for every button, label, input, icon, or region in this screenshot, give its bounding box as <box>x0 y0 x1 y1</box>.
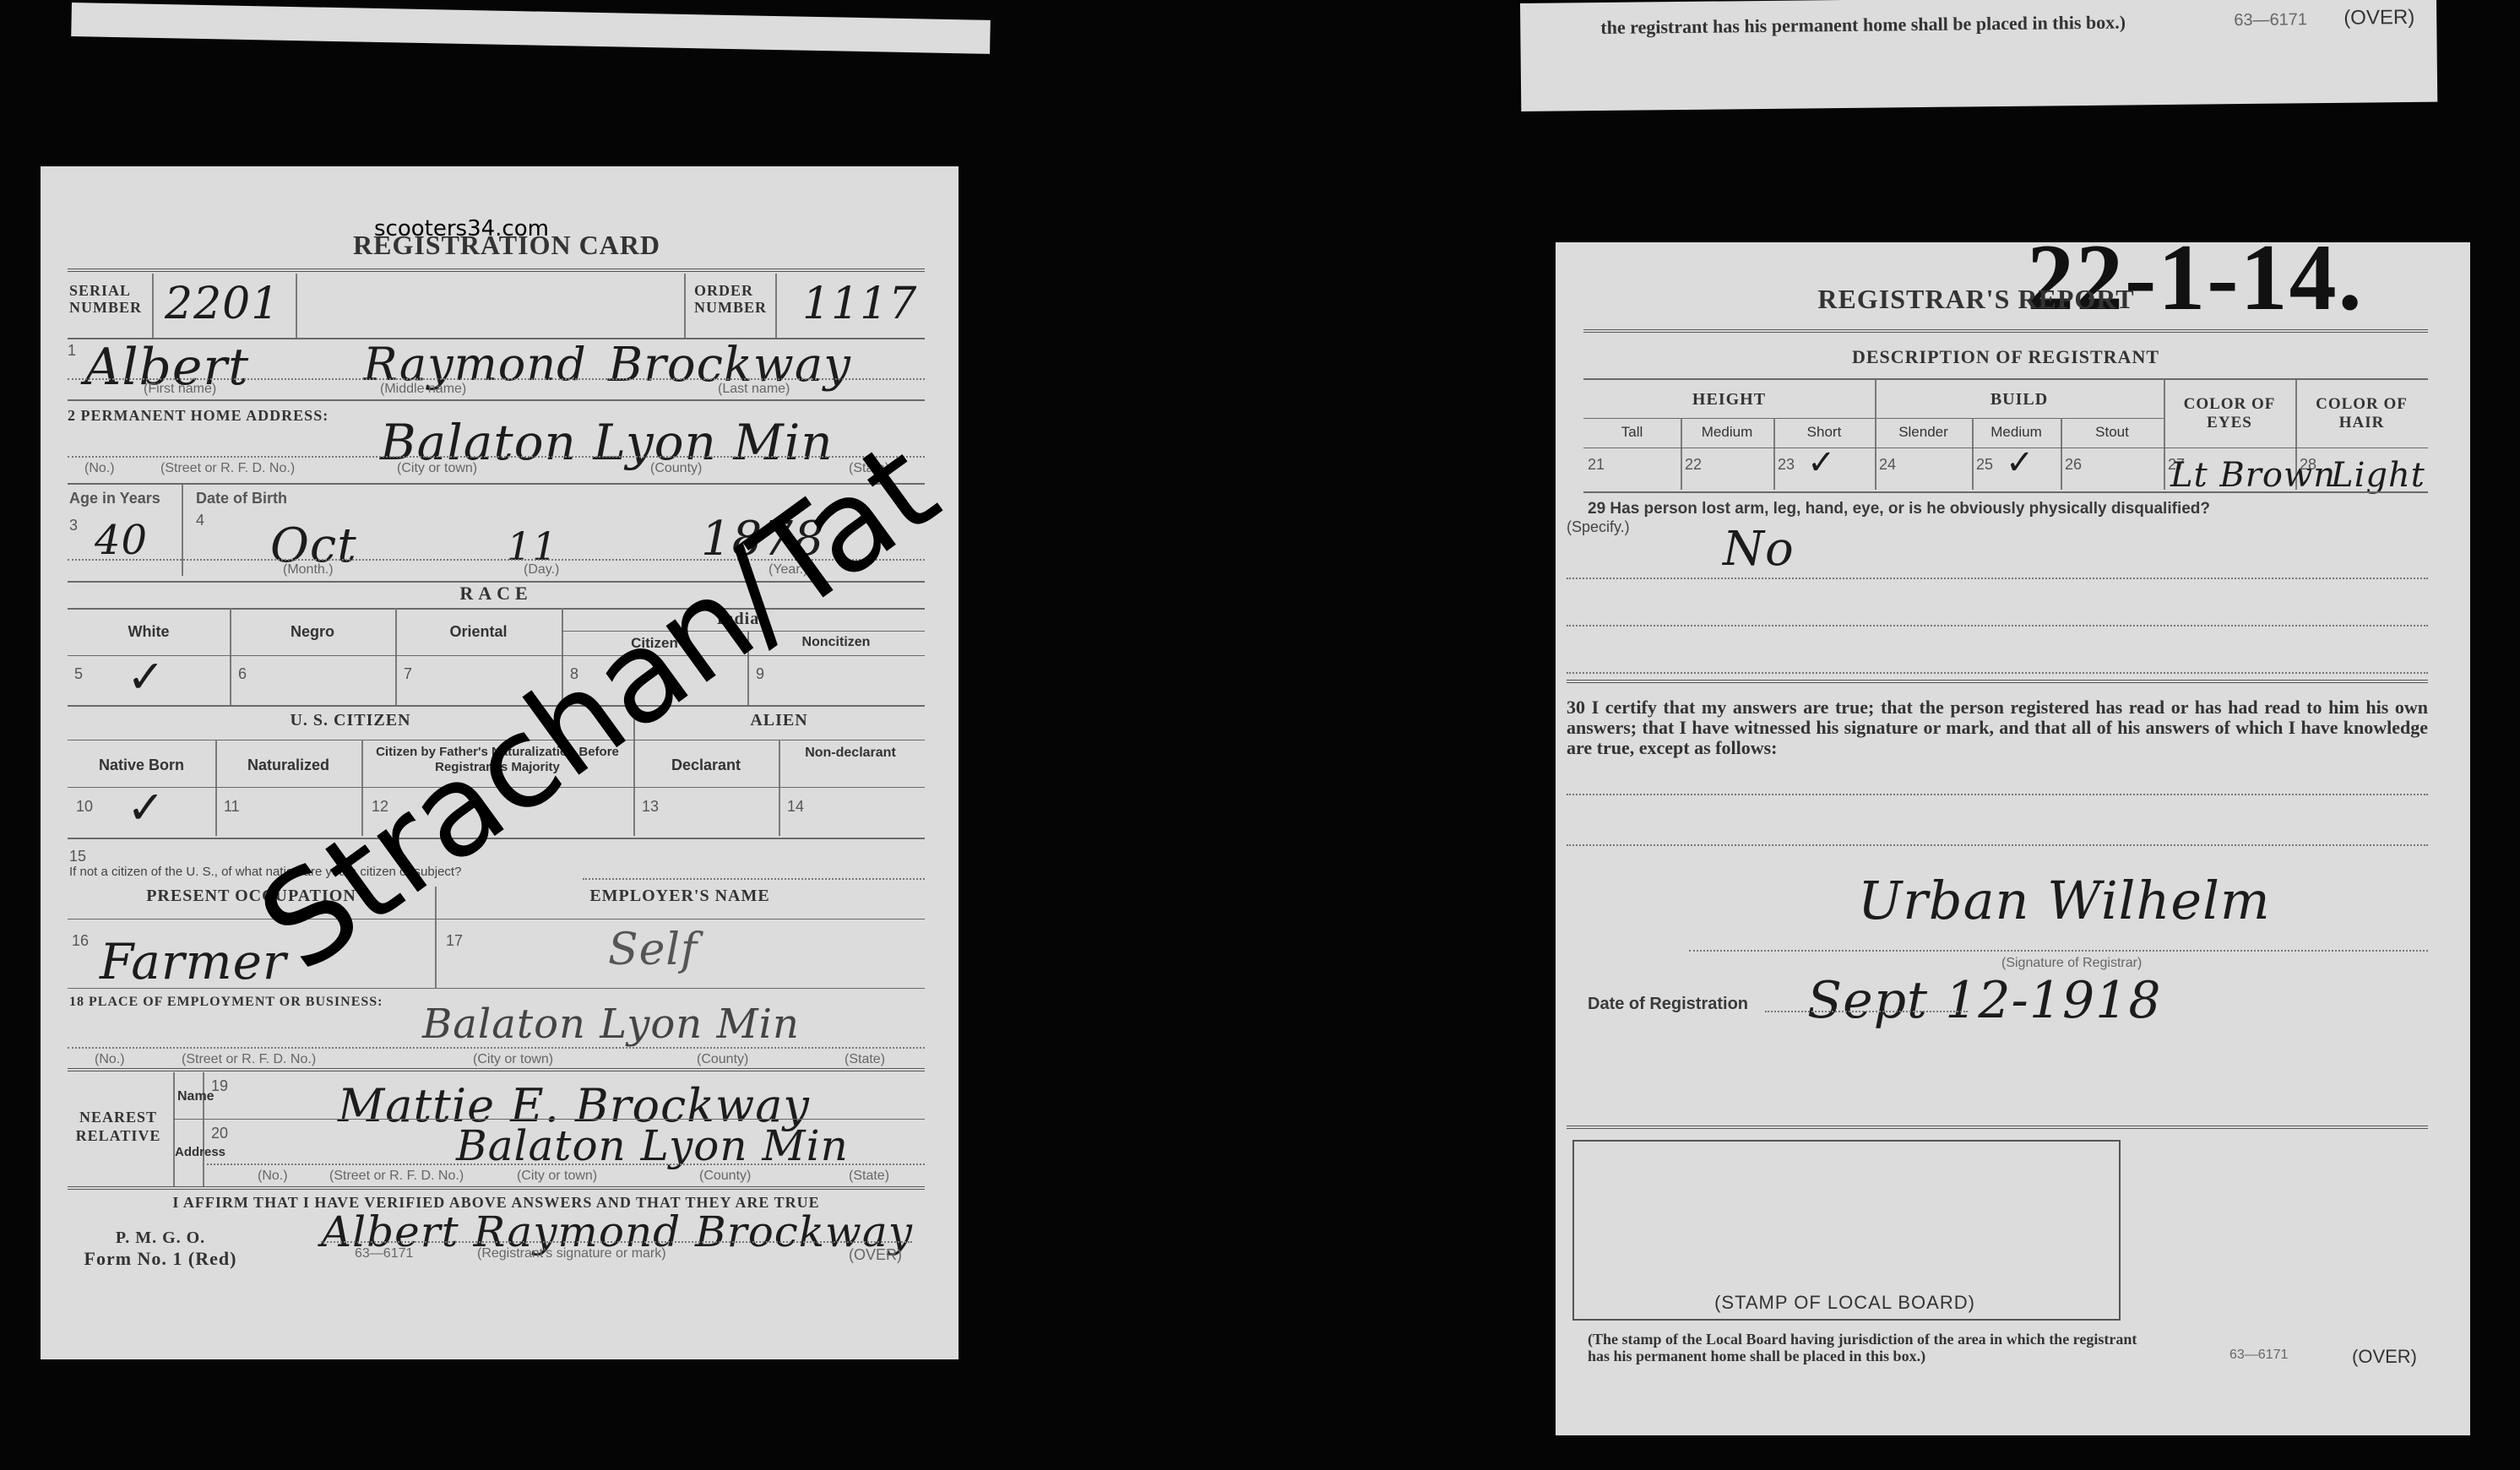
divider <box>173 1119 925 1120</box>
over-label: (OVER) <box>849 1246 902 1264</box>
certification-text: 30 I certify that my answers are true; t… <box>1567 697 2428 758</box>
dotted-line <box>68 456 925 458</box>
disqualification-answer: No <box>1723 522 1795 577</box>
field-number-21: 21 <box>1588 456 1605 474</box>
divider <box>68 269 925 272</box>
eye-color-title: COLOR OF EYES <box>2164 395 2295 432</box>
dotted-line <box>203 1164 925 1165</box>
divider <box>1875 418 2164 419</box>
declarant-label: Declarant <box>633 757 779 774</box>
exception-line-1 <box>1567 794 2428 795</box>
divider <box>68 988 925 989</box>
build-slender-label: Slender <box>1875 424 1972 441</box>
disqualification-question: 29 Has person lost arm, leg, hand, eye, … <box>1588 500 2210 518</box>
relative-sublabel-street: (Street or R. F. D. No.) <box>329 1169 464 1184</box>
serial-number-label: SERIAL NUMBER <box>69 282 154 316</box>
address-sublabel-street: (Street or R. F. D. No.) <box>160 461 295 476</box>
field-number-14: 14 <box>787 798 804 816</box>
build-medium-label: Medium <box>1972 424 2061 441</box>
employer-value: Self <box>608 925 698 975</box>
website-watermark: scooters34.com <box>374 216 549 241</box>
divider <box>68 919 925 919</box>
field-number-15: 15 <box>69 848 86 865</box>
field-number-16: 16 <box>72 932 89 950</box>
exception-line-2 <box>1567 844 2428 846</box>
age-value: 40 <box>95 517 148 564</box>
form-id-line2: Form No. 1 (Red) <box>63 1248 258 1270</box>
signature-label: (Registrant's signature or mark) <box>477 1246 666 1261</box>
middle-name-label: (Middle name) <box>380 382 466 397</box>
height-medium-label: Medium <box>1681 424 1773 441</box>
field-number-7: 7 <box>404 665 412 683</box>
relative-name-label: Name <box>177 1089 215 1104</box>
field-number-24: 24 <box>1879 456 1896 474</box>
race-white-label: White <box>68 623 230 641</box>
address-sublabel-city: (City or town) <box>397 461 477 476</box>
build-medium-checkmark: ✓ <box>2006 443 2034 482</box>
employment-sublabel-state: (State) <box>845 1052 885 1067</box>
specify-label: (Specify.) <box>1567 518 1630 536</box>
non-declarant-label: Non-declarant <box>787 745 914 762</box>
nearest-relative-label: NEAREST RELATIVE <box>68 1108 169 1145</box>
divider <box>779 740 780 836</box>
stamp-note: (The stamp of the Local Board having jur… <box>1588 1331 2145 1364</box>
field-number-26: 26 <box>2065 456 2082 474</box>
field-number-19: 19 <box>211 1077 228 1095</box>
field-number-1: 1 <box>68 342 76 360</box>
place-of-employment-label: 18 PLACE OF EMPLOYMENT OR BUSINESS: <box>69 995 383 1010</box>
field-number-23: 23 <box>1778 456 1795 474</box>
serial-stamp-number: 22-1-14. <box>2027 224 2364 333</box>
divider <box>296 274 297 338</box>
dob-label: Date of Birth <box>196 490 287 507</box>
field-number-5: 5 <box>74 665 83 683</box>
stamp-label: (STAMP OF LOCAL BOARD) <box>1572 1292 2117 1314</box>
occupation-value: Farmer <box>100 933 287 990</box>
place-of-employment-value: Balaton Lyon Min <box>422 1001 800 1048</box>
field-number-4: 4 <box>196 512 204 529</box>
field-number-13: 13 <box>642 798 659 816</box>
employment-sublabel-county: (County) <box>697 1052 748 1067</box>
field-number-10: 10 <box>76 798 93 816</box>
date-line <box>1765 1011 1968 1012</box>
race-white-checkmark: ✓ <box>127 650 165 703</box>
divider <box>68 1186 925 1190</box>
registrar-signature: Urban Wilhelm <box>1858 870 2271 931</box>
strip-over-label: (OVER) <box>2343 6 2414 30</box>
strip-form-code: 63—6171 <box>2234 10 2307 30</box>
divider <box>68 655 925 656</box>
field-number-22: 22 <box>1685 456 1702 474</box>
report-form-code: 63—6171 <box>2229 1348 2288 1363</box>
divider <box>68 399 925 401</box>
registration-date-value: Sept 12-1918 <box>1807 971 2162 1030</box>
answer-line-3 <box>1567 672 2428 674</box>
divider <box>215 740 217 836</box>
hair-color-title: COLOR OF HAIR <box>2295 395 2428 432</box>
divider <box>182 485 183 576</box>
address-sublabel-no: (No.) <box>84 461 115 476</box>
field-number-25: 25 <box>1976 456 1993 474</box>
employment-sublabel-city: (City or town) <box>473 1052 553 1067</box>
description-title: DESCRIPTION OF REGISTRANT <box>1583 346 2428 368</box>
relative-sublabel-state: (State) <box>849 1169 889 1184</box>
divider <box>1583 418 1875 419</box>
relative-sublabel-county: (County) <box>699 1169 751 1184</box>
field-number-17: 17 <box>446 932 463 950</box>
form-id-line1: P. M. G. O. <box>76 1229 245 1248</box>
field-number-28: 28 <box>2300 456 2316 474</box>
race-negro-label: Negro <box>230 623 395 641</box>
strip-stamp-note: the registrant has his permanent home sh… <box>1600 12 2126 38</box>
answer-line-1 <box>1567 578 2428 579</box>
build-title: BUILD <box>1875 390 2164 410</box>
hair-color-value: Light <box>2331 456 2425 495</box>
top-left-card-fragment <box>71 3 991 54</box>
field-number-3: 3 <box>69 517 78 534</box>
build-stout-label: Stout <box>2061 424 2164 441</box>
home-address-label: 2 PERMANENT HOME ADDRESS: <box>68 407 329 425</box>
relative-sublabel-no: (No.) <box>258 1169 288 1184</box>
order-number-value: 1117 <box>802 279 917 329</box>
dob-sublabel-day: (Day.) <box>524 562 559 578</box>
nation-answer-line <box>583 878 925 880</box>
divider <box>684 274 686 338</box>
divider <box>1567 680 2428 683</box>
address-sublabel-county: (County) <box>650 461 702 476</box>
serial-number-value: 2201 <box>165 279 280 329</box>
order-number-label: ORDER NUMBER <box>694 282 779 316</box>
form-code: 63—6171 <box>355 1246 413 1261</box>
employment-sublabel-no: (No.) <box>95 1052 125 1067</box>
height-title: HEIGHT <box>1583 390 1875 410</box>
signature-line <box>321 1241 912 1243</box>
registrar-signature-line <box>1689 950 2428 952</box>
dotted-line <box>68 378 925 380</box>
field-number-20: 20 <box>211 1125 228 1142</box>
height-short-checkmark: ✓ <box>1807 443 1836 482</box>
divider <box>1583 329 2428 333</box>
top-right-card-fragment: the registrant has his permanent home sh… <box>1520 0 2437 111</box>
employer-label: EMPLOYER'S NAME <box>435 887 925 906</box>
employment-sublabel-street: (Street or R. F. D. No.) <box>182 1052 316 1067</box>
last-name-label: (Last name) <box>718 382 790 397</box>
divider <box>173 1072 175 1186</box>
age-label: Age in Years <box>69 490 160 507</box>
report-over-label: (OVER) <box>2352 1346 2417 1368</box>
native-born-checkmark: ✓ <box>127 781 165 834</box>
divider <box>1583 378 2428 380</box>
race-oriental-label: Oriental <box>395 623 562 641</box>
divider <box>68 1068 925 1071</box>
registration-date-label: Date of Registration <box>1588 995 1748 1014</box>
height-short-label: Short <box>1773 424 1875 441</box>
registrar-signature-label: (Signature of Registrar) <box>2001 956 2142 971</box>
relative-sublabel-city: (City or town) <box>517 1169 597 1184</box>
naturalized-label: Naturalized <box>215 757 361 774</box>
height-tall-label: Tall <box>1583 424 1681 441</box>
divider <box>1567 1126 2428 1129</box>
divider <box>1583 491 2428 493</box>
divider <box>152 274 154 338</box>
field-number-11: 11 <box>224 798 240 816</box>
relative-address-label: Address <box>175 1145 225 1159</box>
answer-line-2 <box>1567 625 2428 627</box>
dotted-line <box>68 1047 925 1049</box>
registrars-report-title: REGISTRAR'S REPORT <box>1773 284 2179 315</box>
native-born-label: Native Born <box>68 757 215 774</box>
divider <box>775 274 777 338</box>
field-number-6: 6 <box>238 665 247 683</box>
dob-sublabel-month: (Month.) <box>283 562 334 578</box>
first-name-label: (First name) <box>144 382 216 397</box>
